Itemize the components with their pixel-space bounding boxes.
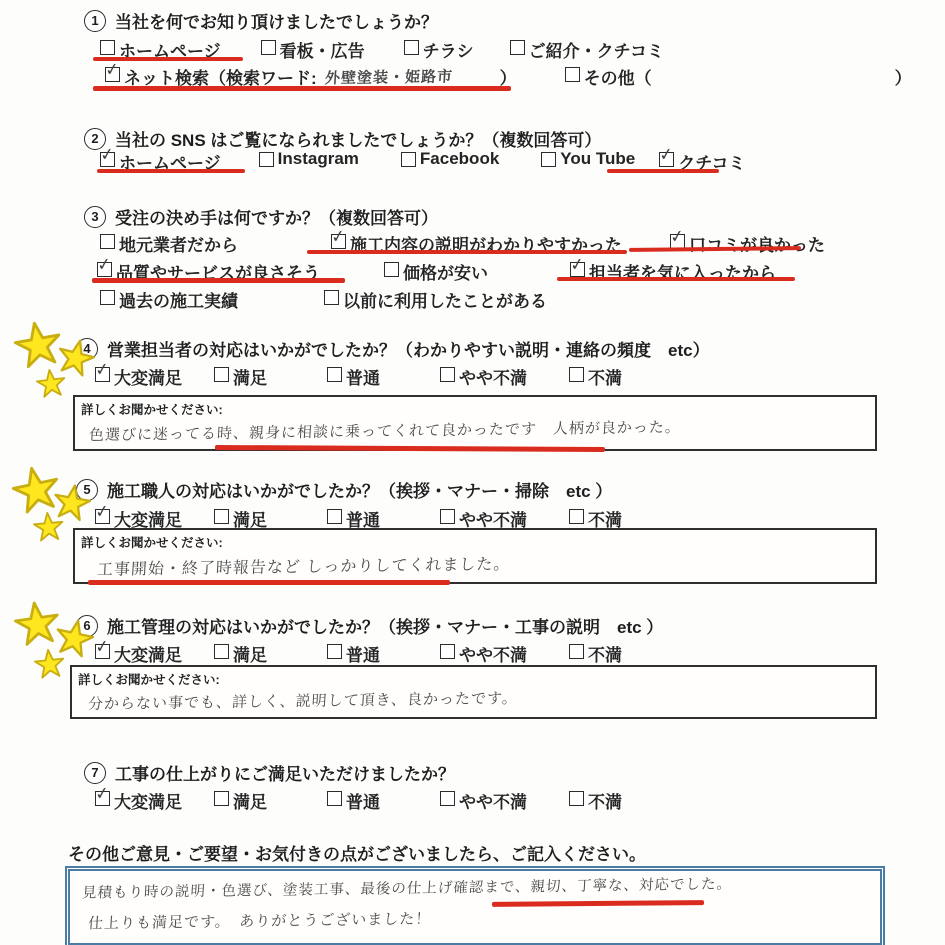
star-icon <box>32 646 66 680</box>
check-icon: ✓ <box>94 784 110 803</box>
checkbox-option-local-company[interactable]: 地元業者だから <box>100 231 238 256</box>
checkbox-option-satisfied[interactable]: 満足 <box>214 364 267 389</box>
question-5-title: 5 施工職人の対応はいかがでしたか？（挨拶・マナー・掃除 etc ） <box>76 477 612 502</box>
checkbox-option-somewhat-dissatisfied[interactable]: やや不満 <box>440 641 527 666</box>
red-underline <box>93 57 243 61</box>
check-icon: ✓ <box>669 227 685 246</box>
checkbox[interactable] <box>541 152 556 167</box>
check-icon: ✓ <box>94 637 110 656</box>
survey-scan: 1 当社を何でお知り頂けましたでしょうか？ ホームページ 看板・広告 チラシ ご… <box>0 0 945 945</box>
checkbox[interactable] <box>214 367 229 382</box>
checkbox-option-past-works[interactable]: 過去の施工実績 <box>100 287 238 312</box>
checkbox-option-dissatisfied[interactable]: 不満 <box>569 641 622 666</box>
checkbox-checked[interactable]: ✓ <box>105 67 120 82</box>
checkbox-option-very-satisfied[interactable]: ✓ 大変満足 <box>95 641 182 666</box>
question-7-text: 工事の仕上がりにご満足いただけましたか？ <box>115 760 455 785</box>
checkbox-checked[interactable]: ✓ <box>95 644 110 659</box>
checkbox[interactable] <box>259 152 274 167</box>
checkbox-checked[interactable]: ✓ <box>95 791 110 806</box>
checkbox-option-flyer[interactable]: チラシ <box>404 37 474 62</box>
checkbox-checked[interactable]: ✓ <box>570 262 585 277</box>
satisfaction-row-q6: ✓ 大変満足 満足 普通 やや不満 不満 <box>95 641 622 666</box>
checkbox[interactable] <box>569 367 584 382</box>
checkbox-checked[interactable]: ✓ <box>659 152 674 167</box>
checkbox-option-neutral[interactable]: 普通 <box>327 641 380 666</box>
question-1-title: 1 当社を何でお知り頂けましたでしょうか？ <box>84 8 438 33</box>
checkbox-option-very-satisfied[interactable]: ✓ 大変満足 <box>95 364 182 389</box>
checkbox[interactable] <box>569 791 584 806</box>
star-icon <box>32 510 66 544</box>
checkbox-option-dissatisfied[interactable]: 不満 <box>569 364 622 389</box>
checkbox-checked[interactable]: ✓ <box>97 262 112 277</box>
checkbox[interactable] <box>100 290 115 305</box>
checkbox[interactable] <box>440 644 455 659</box>
checkbox[interactable] <box>324 290 339 305</box>
checkbox[interactable] <box>440 791 455 806</box>
checkbox[interactable] <box>100 40 115 55</box>
question-5-text: 施工職人の対応はいかがでしたか？（挨拶・マナー・掃除 etc ） <box>107 477 612 502</box>
question-3-title: 3 受注の決め手は何ですか？（複数回答可） <box>84 204 438 229</box>
handwritten-comment-q4: 色選びに迷ってる時、親身に相談に乗ってくれて良かったです 人柄が良かった。 <box>88 416 681 445</box>
checkbox[interactable] <box>569 509 584 524</box>
free-comment-box[interactable]: 見積もり時の説明・色選び、塗装工事、最後の仕上げ確認まで、親切、丁寧な、対応でし… <box>65 866 885 945</box>
checkbox-option-very-satisfied[interactable]: ✓ 大変満足 <box>95 788 182 813</box>
handwritten-comment-footer-line2: 仕上りも満足です。 ありがとうございました！ <box>87 908 431 934</box>
checkbox[interactable] <box>384 262 399 277</box>
checkbox[interactable] <box>327 509 342 524</box>
checkbox[interactable] <box>440 367 455 382</box>
satisfaction-row-q4: ✓ 大変満足 満足 普通 やや不満 不満 <box>95 364 622 389</box>
checkbox-option-signboard[interactable]: 看板・広告 <box>261 37 365 62</box>
question-2-title: 2 当社の SNS はご覧になられましたでしょうか？（複数回答可） <box>84 126 601 151</box>
red-underline <box>557 277 795 281</box>
red-underline <box>88 580 450 585</box>
checkbox-checked[interactable]: ✓ <box>95 367 110 382</box>
checkbox-option-somewhat-dissatisfied[interactable]: やや不満 <box>440 788 527 813</box>
red-underline <box>307 250 627 254</box>
comment-box-q4[interactable]: 詳しくお聞かせください: 色選びに迷ってる時、親身に相談に乗ってくれて良かったで… <box>73 395 877 451</box>
check-icon: ✓ <box>94 360 110 379</box>
handwritten-comment-footer-line1: 見積もり時の説明・色選び、塗装工事、最後の仕上げ確認まで、親切、丁寧な、対応でし… <box>81 872 732 902</box>
checkbox[interactable] <box>327 644 342 659</box>
check-icon: ✓ <box>99 145 115 164</box>
checkbox-option-neutral[interactable]: 普通 <box>327 364 380 389</box>
question-6-text: 施工管理の対応はいかがでしたか？（挨拶・マナー・工事の説明 etc ） <box>107 613 663 638</box>
red-underline <box>92 278 345 283</box>
checkbox-option-cheap-price[interactable]: 価格が安い <box>384 259 488 284</box>
handwritten-comment-q6: 分からない事でも、詳しく、説明して頂き、良かったです。 <box>87 687 518 714</box>
comment-prompt: 詳しくお聞かせください: <box>75 397 875 418</box>
check-icon: ✓ <box>104 60 120 79</box>
checkbox-option-youtube[interactable]: You Tube <box>541 149 635 169</box>
comment-box-q5[interactable]: 詳しくお聞かせください: 工事開始・終了時報告など しっかりしてくれました。 <box>73 528 877 584</box>
question-2-text: 当社の SNS はご覧になられましたでしょうか？（複数回答可） <box>115 126 601 151</box>
checkbox[interactable] <box>569 644 584 659</box>
checkbox-option-somewhat-dissatisfied[interactable]: やや不満 <box>440 364 527 389</box>
checkbox-option-used-before[interactable]: 以前に利用したことがある <box>324 287 547 312</box>
question-number-circle: 7 <box>84 762 106 784</box>
checkbox-option-satisfied[interactable]: 満足 <box>214 641 267 666</box>
checkbox[interactable] <box>327 791 342 806</box>
checkbox[interactable] <box>401 152 416 167</box>
handwritten-search-keyword: 外壁塗装・姫路市 <box>324 65 490 88</box>
checkbox-option-other[interactable]: その他（ ） <box>565 64 912 89</box>
comment-box-q6[interactable]: 詳しくお聞かせください: 分からない事でも、詳しく、説明して頂き、良かったです。 <box>70 665 877 719</box>
star-icon <box>34 366 67 399</box>
question-number-circle: 1 <box>84 10 106 32</box>
question-number-circle: 3 <box>84 206 106 228</box>
red-underline <box>93 86 511 91</box>
question-3-text: 受注の決め手は何ですか？（複数回答可） <box>115 204 438 229</box>
checkbox[interactable] <box>214 791 229 806</box>
check-icon: ✓ <box>569 255 585 274</box>
checkbox-option-good-reviews[interactable]: ✓ 口コミが良かった <box>670 231 825 256</box>
checkbox[interactable] <box>214 509 229 524</box>
comment-prompt: 詳しくお聞かせください: <box>75 530 875 551</box>
free-comment-label: その他ご意見・ご要望・お気付きの点がございましたら、ご記入ください。 <box>68 840 646 865</box>
checkbox[interactable] <box>440 509 455 524</box>
checkbox[interactable] <box>404 40 419 55</box>
checkbox-checked[interactable]: ✓ <box>95 509 110 524</box>
checkbox[interactable] <box>565 67 580 82</box>
question-4-text: 営業担当者の対応はいかがでしたか？（わかりやすい説明・連絡の頻度 etc） <box>107 336 710 361</box>
checkbox[interactable] <box>327 367 342 382</box>
handwritten-comment-q5: 工事開始・終了時報告など しっかりしてくれました。 <box>96 551 511 580</box>
checkbox[interactable] <box>214 644 229 659</box>
checkbox-option-instagram[interactable]: Instagram <box>259 149 359 169</box>
checkbox-option-referral[interactable]: ご紹介・クチコミ <box>510 37 664 62</box>
red-underline <box>97 169 245 173</box>
check-icon: ✓ <box>330 227 346 246</box>
comment-prompt: 詳しくお聞かせください: <box>72 667 875 688</box>
checkbox[interactable] <box>261 40 276 55</box>
checkbox-option-facebook[interactable]: Facebook <box>401 149 499 169</box>
checkbox-option-satisfied[interactable]: 満足 <box>214 788 267 813</box>
question-7-title: 7 工事の仕上がりにご満足いただけましたか？ <box>84 760 455 785</box>
checkbox-checked[interactable]: ✓ <box>100 152 115 167</box>
question-4-title: 4 営業担当者の対応はいかがでしたか？（わかりやすい説明・連絡の頻度 etc） <box>76 336 710 361</box>
checkbox-option-dissatisfied[interactable]: 不満 <box>569 788 622 813</box>
question-1-text: 当社を何でお知り頂けましたでしょうか？ <box>115 8 438 33</box>
question-6-title: 6 施工管理の対応はいかがでしたか？（挨拶・マナー・工事の説明 etc ） <box>76 613 663 638</box>
checkbox-option-neutral[interactable]: 普通 <box>327 788 380 813</box>
checkbox-checked[interactable]: ✓ <box>331 234 346 249</box>
check-icon: ✓ <box>96 255 112 274</box>
red-underline <box>607 169 719 173</box>
checkbox[interactable] <box>100 234 115 249</box>
check-icon: ✓ <box>658 145 674 164</box>
checkbox[interactable] <box>510 40 525 55</box>
check-icon: ✓ <box>94 502 110 521</box>
satisfaction-row-q7: ✓ 大変満足 満足 普通 やや不満 不満 <box>95 788 622 813</box>
